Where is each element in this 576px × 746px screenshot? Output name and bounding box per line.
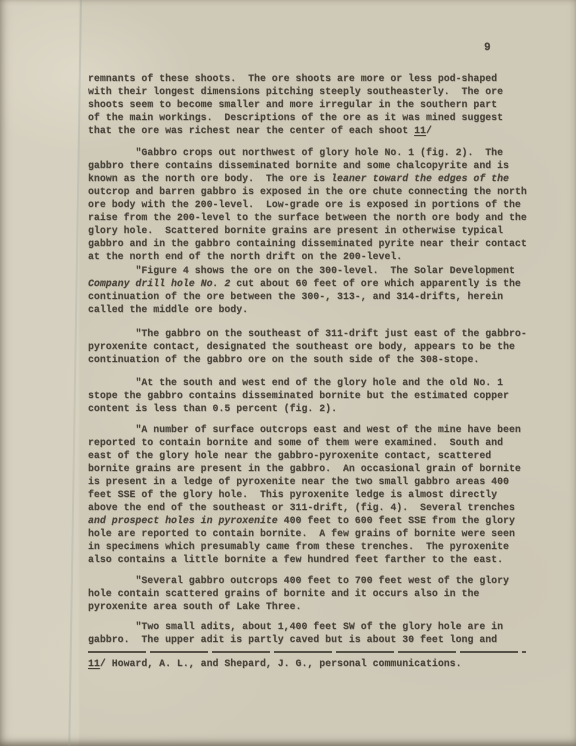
text-segment: remnants of these shoots. The ore shoots…: [88, 73, 503, 136]
text-segment: /: [426, 125, 432, 136]
text-segment: "At the south and west end of the glory …: [88, 377, 509, 414]
text-segment: "Figure 4 shows the ore on the 300-level…: [88, 265, 515, 276]
text-segment: "The gabbro on the southeast of 311-drif…: [88, 328, 527, 365]
text-segment: 11: [88, 658, 100, 669]
paragraph-remnants-shoots: remnants of these shoots. The ore shoots…: [88, 72, 540, 137]
paragraph-two-small-adits: "Two small adits, about 1,400 feet SW of…: [88, 620, 540, 646]
paper-fold-line: [68, 0, 82, 746]
text-segment: "A number of surface outcrops east and w…: [88, 424, 521, 513]
page-number: 9: [484, 42, 491, 55]
footnote-citation: 11/ Howard, A. L., and Shepard, J. G., p…: [88, 657, 540, 670]
text-segment: outcrop and barren gabbro is exposed in …: [88, 186, 527, 262]
paragraph-glory-hole-stope: "At the south and west end of the glory …: [88, 376, 540, 415]
text-segment: and prospect holes in pyroxenite: [88, 515, 278, 526]
text-segment: / Howard, A. L., and Shepard, J. G., per…: [100, 658, 462, 669]
scanned-page: 9 remnants of these shoots. The ore shoo…: [0, 0, 576, 746]
text-segment: leaner toward the edges of the: [331, 173, 509, 184]
paragraph-southeast-ore-body: "The gabbro on the southeast of 311-drif…: [88, 327, 540, 366]
text-segment: 11: [414, 125, 426, 136]
paragraph-gabbro-outcrops-west: "Several gabbro outcrops 400 feet to 700…: [88, 574, 540, 613]
text-segment: "Two small adits, about 1,400 feet SW of…: [88, 621, 503, 645]
text-segment: Company drill hole No. 2: [88, 278, 230, 289]
paragraph-figure-4-middle-ore-body: "Figure 4 shows the ore on the 300-level…: [88, 264, 540, 316]
paragraph-gabbro-north-ore-body: "Gabbro crops out northwest of glory hol…: [88, 146, 540, 263]
footnote-separator-rule: [88, 651, 526, 653]
paragraph-surface-outcrops: "A number of surface outcrops east and w…: [88, 423, 540, 566]
text-segment: "Several gabbro outcrops 400 feet to 700…: [88, 575, 509, 612]
